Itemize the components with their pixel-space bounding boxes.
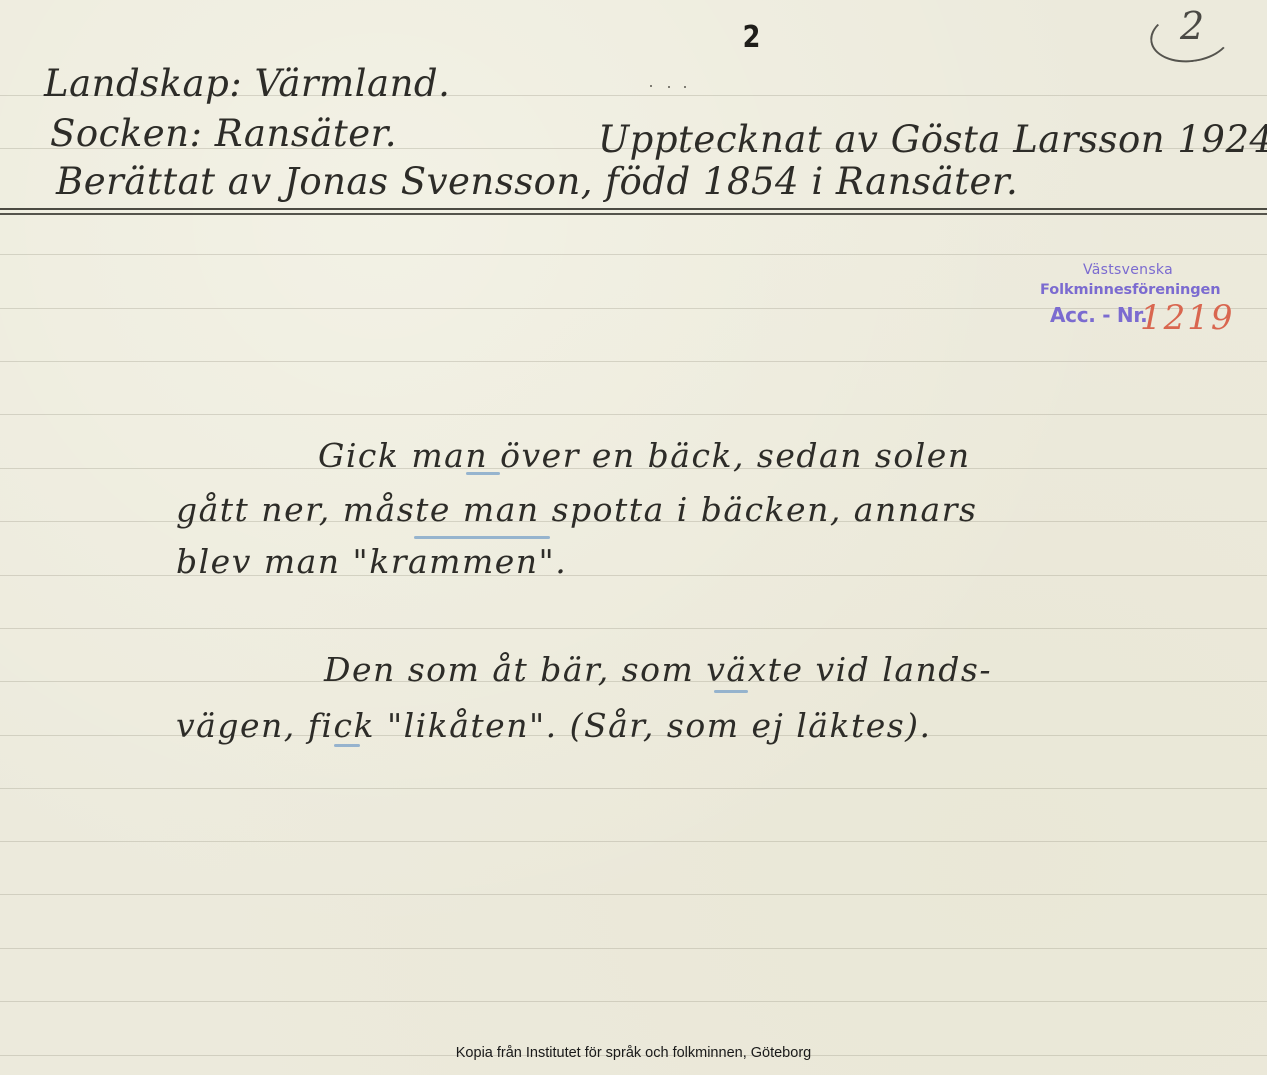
body-p2-line2: vägen, fick "likåten". (Sår, som ej läkt… — [176, 706, 932, 745]
blue-underline-mark — [714, 690, 748, 693]
circled-page-annotation: 2 — [1150, 8, 1230, 60]
header-upptecknat: Upptecknat av Gösta Larsson 1924. — [598, 118, 1267, 161]
ruled-line — [0, 894, 1267, 895]
stamp-org-line1: Västsvenska — [1083, 262, 1173, 278]
speck — [668, 86, 670, 88]
ruled-line — [0, 948, 1267, 949]
blue-underline-mark — [466, 472, 500, 475]
speck — [650, 85, 652, 87]
circled-digit: 2 — [1180, 4, 1204, 48]
body-p1-line3: blev man "krammen". — [176, 542, 567, 581]
ruled-line — [0, 788, 1267, 789]
header-landskap: Landskap: Värmland. — [44, 62, 450, 105]
blue-underline-mark — [334, 744, 360, 747]
ruled-line — [0, 628, 1267, 629]
archive-stamp: Västsvenska Folkminnesföreningen Acc. - … — [1036, 260, 1246, 350]
accession-number: 1219 — [1140, 298, 1235, 338]
header-divider — [0, 208, 1267, 215]
ruled-line — [0, 414, 1267, 415]
ruled-line — [0, 1001, 1267, 1002]
body-p1-line1: Gick man över en bäck, sedan solen — [318, 436, 971, 475]
stamp-acc-label: Acc. - Nr. — [1050, 303, 1147, 327]
archive-page: 2 2 Landskap: Värmland. Socken: Ransäter… — [0, 0, 1267, 1075]
speck — [684, 86, 686, 88]
copy-notice-footer: Kopia från Institutet för språk och folk… — [0, 1045, 1267, 1061]
ruled-line — [0, 254, 1267, 255]
page-number: 2 — [743, 20, 761, 55]
body-p1-line2: gått ner, måste man spotta i bäcken, ann… — [176, 490, 977, 529]
header-socken: Socken: Ransäter. — [50, 112, 397, 155]
stamp-org-line2: Folkminnesföreningen — [1040, 282, 1221, 298]
blue-underline-mark — [414, 536, 550, 539]
ruled-line — [0, 841, 1267, 842]
ruled-line — [0, 361, 1267, 362]
header-berattat: Berättat av Jonas Svensson, född 1854 i … — [56, 160, 1018, 203]
body-p2-line1: Den som åt bär, som växte vid lands- — [324, 650, 992, 689]
